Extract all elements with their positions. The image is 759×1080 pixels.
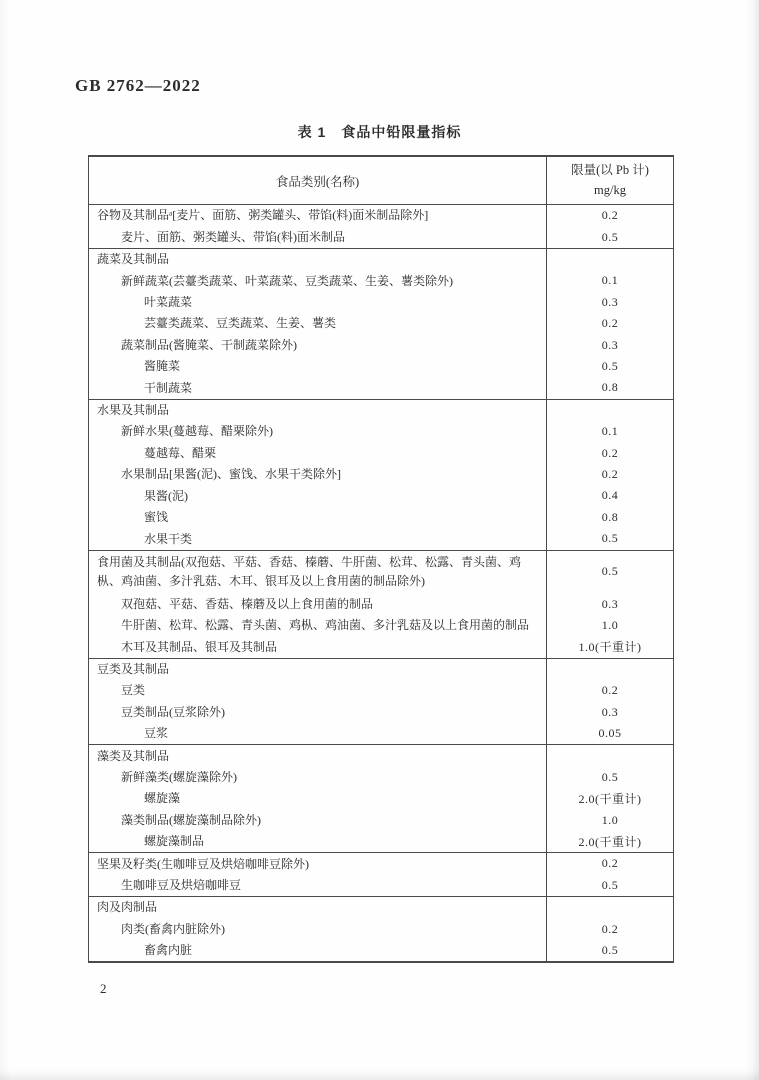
food-category-cell: 新鲜蔬菜(芸薹类蔬菜、叶菜蔬菜、豆类蔬菜、生姜、薯类除外) [89, 270, 547, 291]
limit-value-cell [547, 659, 673, 680]
limit-value-cell: 0.3 [547, 701, 673, 722]
limit-value-cell: 2.0(干重计) [547, 831, 673, 852]
limit-value-cell: 0.5 [547, 356, 673, 377]
table-row: 新鲜水果(蔓越莓、醋栗除外)0.1 [89, 421, 673, 442]
table-row: 藻类制品(螺旋藻制品除外)1.0 [89, 809, 673, 830]
limit-value-cell: 0.8 [547, 377, 673, 398]
table-row: 水果干类0.5 [89, 528, 673, 549]
table-row: 果酱(泥)0.4 [89, 485, 673, 506]
limit-value-cell: 0.2 [547, 313, 673, 334]
limit-value-cell: 0.05 [547, 723, 673, 744]
limit-value-cell: 0.3 [547, 334, 673, 355]
food-category-cell: 水果及其制品 [89, 400, 547, 421]
food-category-cell: 水果干类 [89, 528, 547, 549]
table-header-row: 食品类别(名称) 限量(以 Pb 计) mg/kg [89, 157, 673, 205]
table-row: 蔬菜及其制品 [89, 248, 673, 270]
food-category-cell: 芸薹类蔬菜、豆类蔬菜、生姜、薯类 [89, 313, 547, 334]
food-category-header: 食品类别(名称) [89, 157, 547, 204]
table-row: 豆类及其制品 [89, 658, 673, 680]
limit-header-unit: mg/kg [594, 181, 626, 200]
limit-value-cell: 0.8 [547, 507, 673, 528]
food-category-cell: 谷物及其制品ᵃ[麦片、面筋、粥类罐头、带馅(料)面米制品除外] [89, 205, 547, 226]
table-row: 新鲜藻类(螺旋藻除外)0.5 [89, 767, 673, 788]
limit-value-cell: 1.0(干重计) [547, 636, 673, 657]
table-row: 谷物及其制品ᵃ[麦片、面筋、粥类罐头、带馅(料)面米制品除外]0.2 [89, 205, 673, 226]
table-row: 芸薹类蔬菜、豆类蔬菜、生姜、薯类0.2 [89, 313, 673, 334]
page-number: 2 [100, 981, 107, 997]
food-category-cell: 蔬菜及其制品 [89, 249, 547, 270]
food-category-cell: 食用菌及其制品(双孢菇、平菇、香菇、榛蘑、牛肝菌、松茸、松露、青头菌、鸡枞、鸡油… [89, 551, 547, 594]
limit-value-cell [547, 897, 673, 918]
table-row: 螺旋藻制品2.0(干重计) [89, 831, 673, 852]
limit-value-cell: 0.5 [547, 226, 673, 247]
limit-value-cell: 1.0 [547, 809, 673, 830]
limit-value-cell: 0.5 [547, 767, 673, 788]
table-row: 肉类(畜禽内脏除外)0.2 [89, 918, 673, 939]
food-category-cell: 蔓越莓、醋栗 [89, 442, 547, 463]
food-category-cell: 水果制品[果酱(泥)、蜜饯、水果干类除外] [89, 464, 547, 485]
limit-value-cell: 0.1 [547, 270, 673, 291]
table-row: 水果及其制品 [89, 399, 673, 421]
table-row: 蔓越莓、醋栗0.2 [89, 442, 673, 463]
limit-value-cell: 2.0(干重计) [547, 788, 673, 809]
food-category-cell: 蜜饯 [89, 507, 547, 528]
limit-value-cell: 0.2 [547, 918, 673, 939]
limit-value-cell: 0.5 [547, 551, 673, 594]
table-row: 木耳及其制品、银耳及其制品1.0(干重计) [89, 636, 673, 657]
limit-value-cell: 0.2 [547, 464, 673, 485]
limit-value-cell [547, 249, 673, 270]
table-row: 螺旋藻2.0(干重计) [89, 788, 673, 809]
table-row: 酱腌菜0.5 [89, 356, 673, 377]
table-row: 蔬菜制品(酱腌菜、干制蔬菜除外)0.3 [89, 334, 673, 355]
table-row: 双孢菇、平菇、香菇、榛蘑及以上食用菌的制品0.3 [89, 593, 673, 614]
standard-number: GB 2762—2022 [75, 76, 201, 96]
table-row: 干制蔬菜0.8 [89, 377, 673, 398]
food-category-cell: 豆浆 [89, 723, 547, 744]
table-row: 叶菜蔬菜0.3 [89, 292, 673, 313]
table-row: 新鲜蔬菜(芸薹类蔬菜、叶菜蔬菜、豆类蔬菜、生姜、薯类除外)0.1 [89, 270, 673, 291]
food-category-cell: 牛肝菌、松茸、松露、青头菌、鸡枞、鸡油菌、多汁乳菇及以上食用菌的制品 [89, 615, 547, 636]
limit-value-cell: 0.2 [547, 205, 673, 226]
document-page: GB 2762—2022 表 1 食品中铅限量指标 食品类别(名称) 限量(以 … [0, 0, 759, 1080]
table-row: 麦片、面筋、粥类罐头、带馅(料)面米制品0.5 [89, 226, 673, 247]
food-category-cell: 干制蔬菜 [89, 377, 547, 398]
limit-value-cell: 0.4 [547, 485, 673, 506]
table-row: 肉及肉制品 [89, 896, 673, 918]
food-category-cell: 麦片、面筋、粥类罐头、带馅(料)面米制品 [89, 226, 547, 247]
limit-value-cell: 0.5 [547, 875, 673, 896]
limit-header: 限量(以 Pb 计) mg/kg [547, 157, 673, 204]
food-category-cell: 螺旋藻 [89, 788, 547, 809]
limit-value-cell: 0.2 [547, 442, 673, 463]
table-row: 水果制品[果酱(泥)、蜜饯、水果干类除外]0.2 [89, 464, 673, 485]
food-category-cell: 生咖啡豆及烘焙咖啡豆 [89, 875, 547, 896]
table-row: 豆类0.2 [89, 680, 673, 701]
limit-value-cell: 0.5 [547, 940, 673, 961]
table-body: 谷物及其制品ᵃ[麦片、面筋、粥类罐头、带馅(料)面米制品除外]0.2麦片、面筋、… [89, 205, 673, 961]
food-category-cell: 叶菜蔬菜 [89, 292, 547, 313]
limit-value-cell: 1.0 [547, 615, 673, 636]
table-row: 藻类及其制品 [89, 744, 673, 766]
food-category-cell: 藻类制品(螺旋藻制品除外) [89, 809, 547, 830]
limit-value-cell [547, 400, 673, 421]
table-row: 蜜饯0.8 [89, 507, 673, 528]
table-row: 生咖啡豆及烘焙咖啡豆0.5 [89, 875, 673, 896]
food-category-cell: 肉类(畜禽内脏除外) [89, 918, 547, 939]
food-category-cell: 蔬菜制品(酱腌菜、干制蔬菜除外) [89, 334, 547, 355]
food-category-cell: 藻类及其制品 [89, 745, 547, 766]
food-category-cell: 双孢菇、平菇、香菇、榛蘑及以上食用菌的制品 [89, 593, 547, 614]
food-category-cell: 豆类 [89, 680, 547, 701]
limit-value-cell: 0.1 [547, 421, 673, 442]
table-row: 牛肝菌、松茸、松露、青头菌、鸡枞、鸡油菌、多汁乳菇及以上食用菌的制品1.0 [89, 615, 673, 636]
lead-limits-table: 食品类别(名称) 限量(以 Pb 计) mg/kg 谷物及其制品ᵃ[麦片、面筋、… [88, 155, 674, 963]
food-category-cell: 果酱(泥) [89, 485, 547, 506]
food-category-cell: 畜禽内脏 [89, 940, 547, 961]
table-row: 食用菌及其制品(双孢菇、平菇、香菇、榛蘑、牛肝菌、松茸、松露、青头菌、鸡枞、鸡油… [89, 550, 673, 594]
food-category-cell: 新鲜水果(蔓越莓、醋栗除外) [89, 421, 547, 442]
table-row: 畜禽内脏0.5 [89, 940, 673, 961]
limit-header-label: 限量(以 Pb 计) [571, 161, 649, 180]
food-category-cell: 木耳及其制品、银耳及其制品 [89, 636, 547, 657]
food-category-cell: 豆类制品(豆浆除外) [89, 701, 547, 722]
table-title: 表 1 食品中铅限量指标 [0, 122, 759, 142]
food-category-cell: 酱腌菜 [89, 356, 547, 377]
table-row: 豆浆0.05 [89, 723, 673, 744]
food-category-cell: 新鲜藻类(螺旋藻除外) [89, 767, 547, 788]
limit-value-cell: 0.3 [547, 593, 673, 614]
food-category-cell: 豆类及其制品 [89, 659, 547, 680]
table-row: 豆类制品(豆浆除外)0.3 [89, 701, 673, 722]
table-row: 坚果及籽类(生咖啡豆及烘焙咖啡豆除外)0.2 [89, 852, 673, 874]
food-category-cell: 坚果及籽类(生咖啡豆及烘焙咖啡豆除外) [89, 853, 547, 874]
food-category-cell: 螺旋藻制品 [89, 831, 547, 852]
limit-value-cell: 0.5 [547, 528, 673, 549]
food-category-cell: 肉及肉制品 [89, 897, 547, 918]
limit-value-cell: 0.3 [547, 292, 673, 313]
limit-value-cell: 0.2 [547, 680, 673, 701]
limit-value-cell: 0.2 [547, 853, 673, 874]
limit-value-cell [547, 745, 673, 766]
